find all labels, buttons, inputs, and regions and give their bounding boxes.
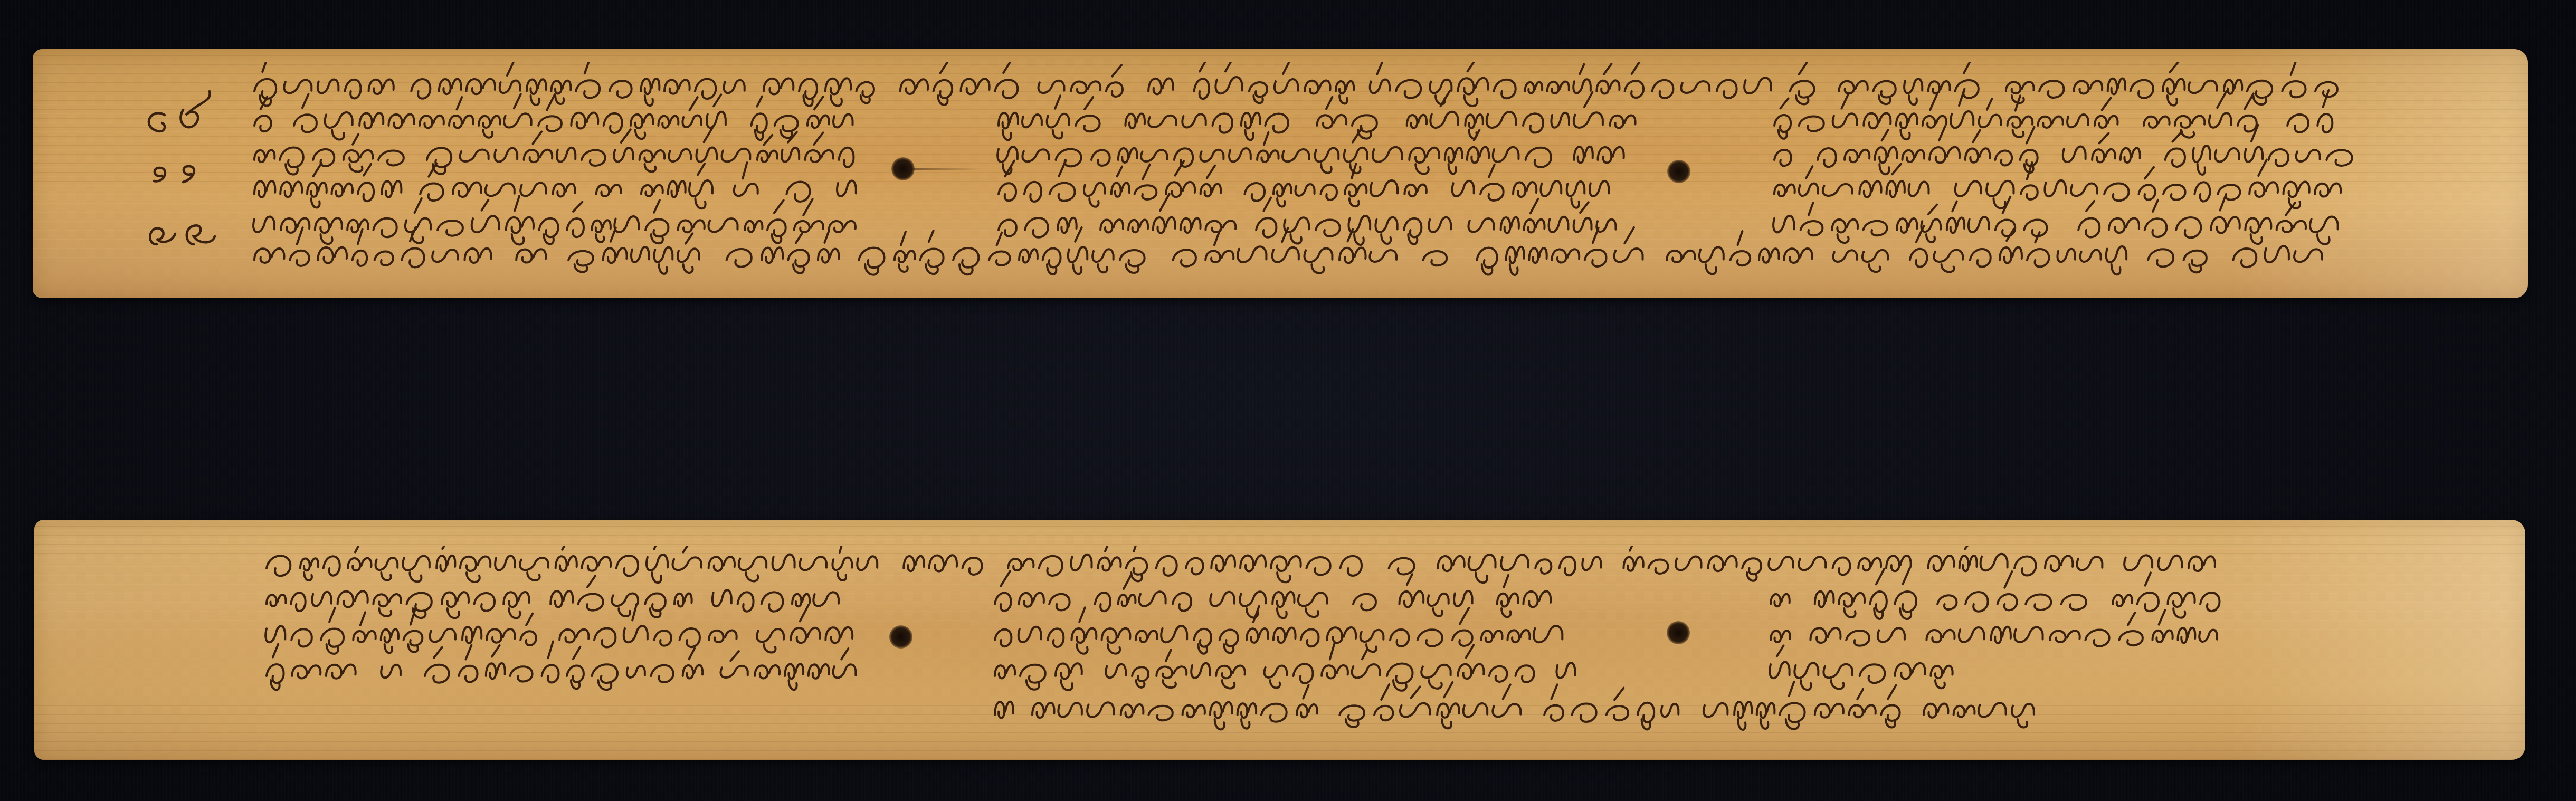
- script-line: [254, 94, 852, 140]
- margin-numerals: [133, 86, 233, 260]
- script-line: [999, 194, 1615, 245]
- binding-hole-left: [889, 625, 912, 649]
- script-line: [254, 62, 2337, 106]
- binding-hole-left: [891, 157, 915, 180]
- script-line: [267, 642, 856, 690]
- script-line: [995, 682, 2034, 730]
- script-line: [999, 160, 1609, 208]
- palm-leaf-top: Upper palm leaf folio: [33, 49, 2528, 298]
- text-bottom-leaf: [256, 546, 2367, 757]
- script-line: [1771, 568, 2220, 619]
- script-line: [995, 643, 1575, 690]
- binding-hole-right: [1667, 621, 1690, 644]
- script-line: [253, 196, 856, 244]
- script-line: [267, 576, 839, 618]
- script-line: [254, 226, 2322, 275]
- script-line: [254, 163, 856, 208]
- script-line: [1770, 646, 1952, 690]
- script-line: [999, 91, 1636, 140]
- script-line: [1774, 160, 2341, 208]
- script-line: [267, 546, 2215, 583]
- text-top-leaf: [233, 62, 2376, 289]
- script-line: [265, 604, 852, 654]
- script-line: [1774, 125, 2352, 175]
- binding-hole-right: [1667, 160, 1690, 183]
- script-line: [997, 128, 1624, 174]
- palm-leaf-bottom: Lower palm leaf folio: [34, 520, 2525, 760]
- script-line: [1773, 195, 2338, 244]
- script-line: [1774, 89, 2332, 139]
- script-line: [1771, 610, 2217, 646]
- hole-tear: [912, 168, 981, 170]
